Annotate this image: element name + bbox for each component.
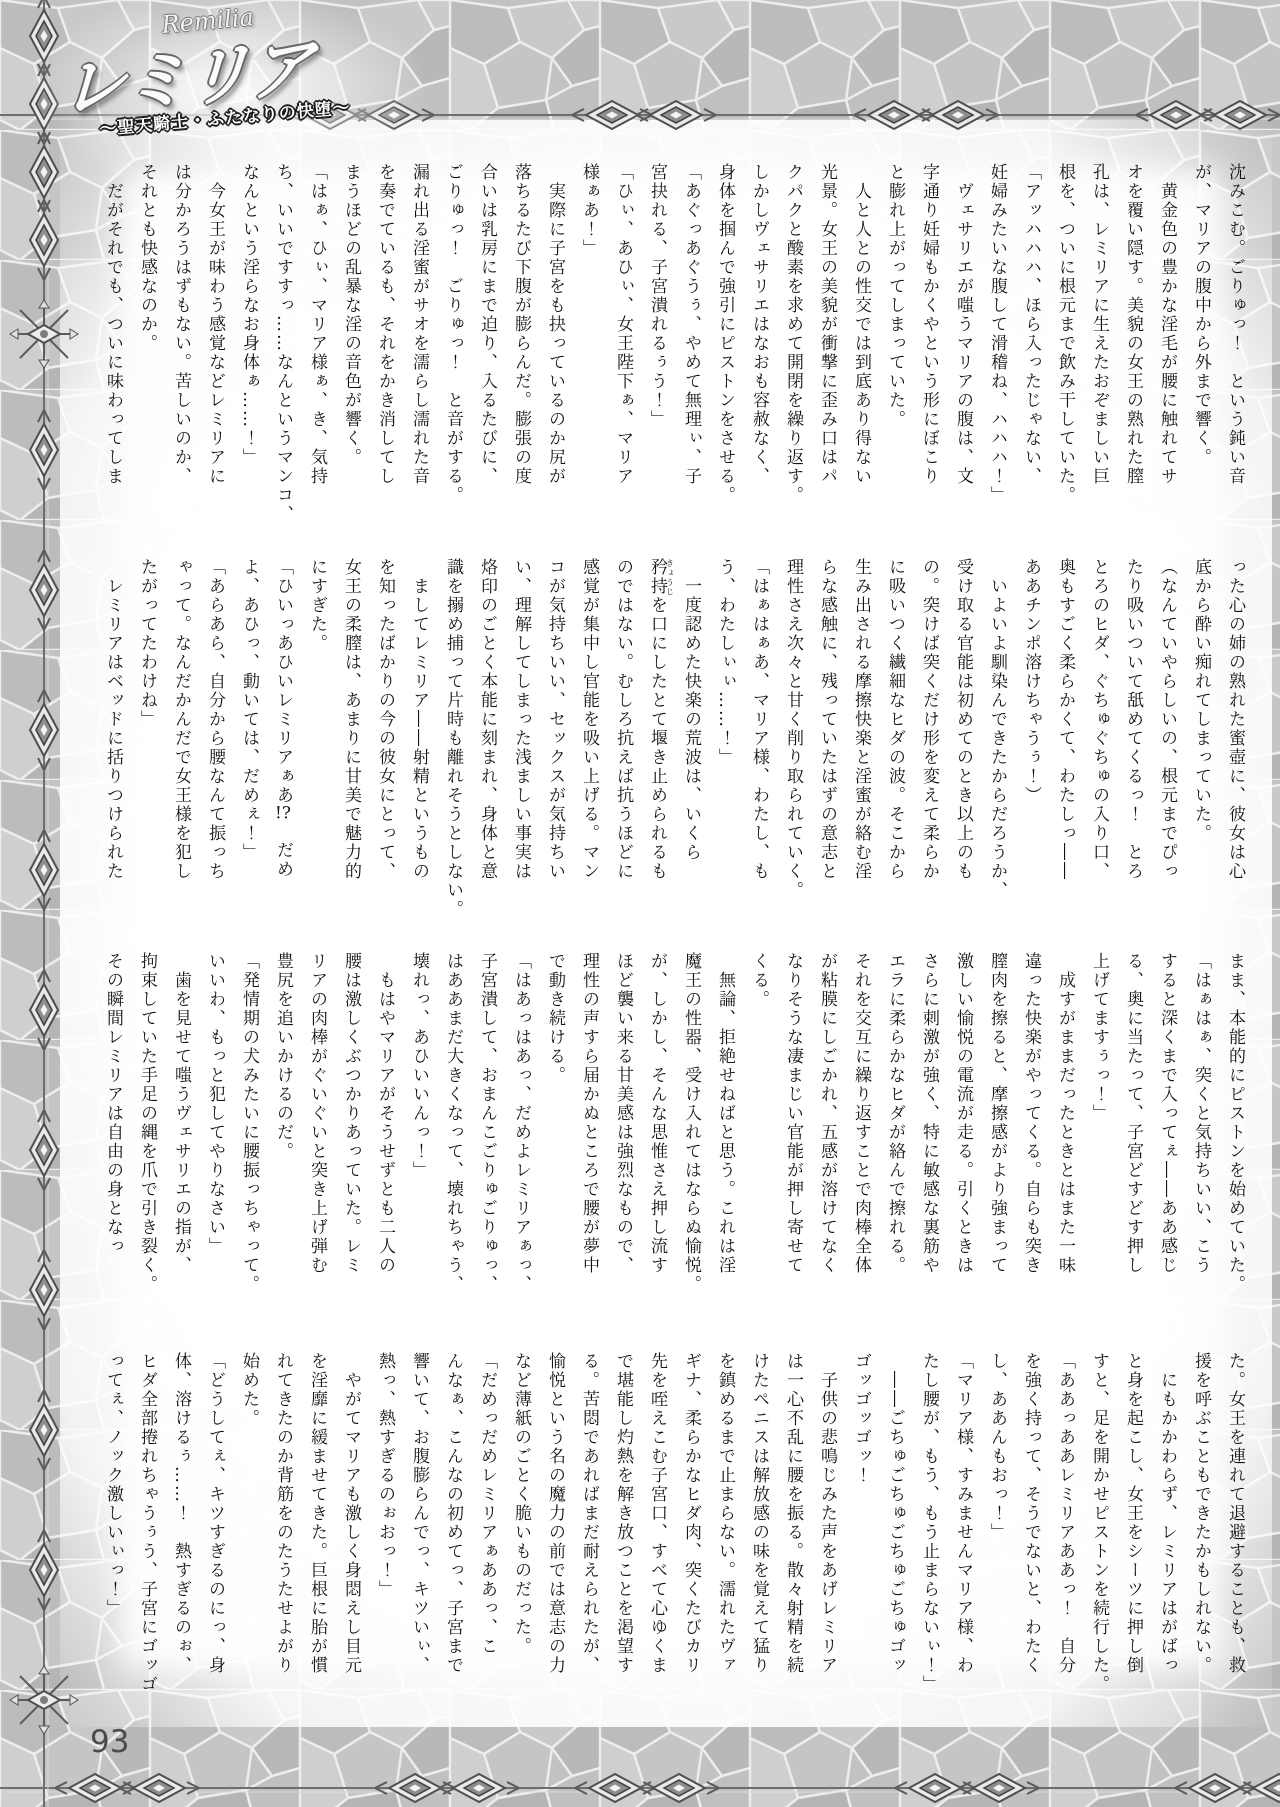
- text-column: たし腰が、もう、もう止まらないぃ！」: [912, 1352, 946, 1708]
- text-column: まうほどの乱暴な淫の音色が響く。: [334, 163, 368, 519]
- text-column: 妊婦みたいな腹して滑稽ね、ハハハ！」: [980, 163, 1014, 519]
- text-column: は分かろうはずもない。苦しいのか、: [164, 163, 198, 519]
- text-column: 光景。女王の美貌が衝撃に歪み口はパ: [810, 163, 844, 519]
- text-column: ギナ、柔らかなヒダ肉、突くたびカリ: [674, 1352, 708, 1708]
- text-band-4: た。女王を連れて退避することも、救援を呼ぶこともできたかもしれない。 にもかかわ…: [96, 1352, 1252, 1708]
- text-column: 「ひぃ、あひぃ、女王陛下ぁ、マリア: [606, 163, 640, 519]
- text-column: それとも快感なのか。: [130, 163, 164, 519]
- text-column: ああチンポ溶けちゃうぅ！）: [1014, 558, 1048, 914]
- text-column: いいわ、もっと犯してやりなさい」: [198, 952, 232, 1308]
- text-column: 「はぁ、ひぃ、マリア様ぁ、き、気持: [300, 163, 334, 519]
- text-column: 宮抉れる、子宮潰れるぅう！」: [640, 163, 674, 519]
- text-column: と身を起こし、女王をシーツに押し倒: [1116, 1352, 1150, 1708]
- text-column: 沈みこむ。ごりゅっ！ という鈍い音: [1218, 163, 1252, 519]
- text-column: 「はぁはぁあ、マリア様、わたし、も: [742, 558, 776, 914]
- text-column: で動き続ける。: [538, 952, 572, 1308]
- text-column: レミリアはベッドに括りつけられた: [96, 558, 130, 914]
- text-column: 矜持きょうじを口にしたとて堰き止められるも: [640, 558, 674, 914]
- text-column: たがってたわけね」: [130, 558, 164, 914]
- left-lace-border-icon: [4, 0, 86, 1807]
- text-column: が、マリアの腹中から外まで響く。: [1184, 163, 1218, 519]
- page-number: 93: [90, 1724, 129, 1760]
- text-column: 生み出される摩擦快楽と淫蜜が絡む淫: [844, 558, 878, 914]
- text-column: 子宮潰して、おまんこごりゅごりゅっ、: [470, 952, 504, 1308]
- text-column: んなぁ、こんなの初めてっ、子宮まで: [436, 1352, 470, 1708]
- text-column: の。突けば突くだけ形を変えて柔らか: [912, 558, 946, 914]
- text-column: はああまだ大きくなって、壊れちゃう、: [436, 952, 470, 1308]
- text-column: 豊尻を追いかけるのだ。: [266, 952, 300, 1308]
- text-column: 激しい愉悦の電流が走る。引くときは: [946, 952, 980, 1308]
- text-column: 「あらあら、自分から腰なんて振っち: [198, 558, 232, 914]
- text-column: ってぇ、ノック激しいぃっ！」: [96, 1352, 130, 1708]
- text-column: を強く持って、そうでないと、わたく: [1014, 1352, 1048, 1708]
- text-column: たり吸いついて舐めてくるっ！ とろ: [1116, 558, 1150, 914]
- novel-page: Remilia レミリア 〜聖天騎士・ふたなりの快堕〜 沈みこむ。ごりゅっ！ と…: [0, 0, 1280, 1807]
- text-column: 魔王の性器、受け入れてはならぬ愉悦。: [674, 952, 708, 1308]
- text-column: 黄金色の豊かな淫毛が腰に触れてサ: [1150, 163, 1184, 519]
- text-column: のではない。むしろ抗えば抗うほどに: [606, 558, 640, 914]
- text-column: くる。: [742, 952, 776, 1308]
- text-column: 「ああっああレミリアああっ！ 自分: [1048, 1352, 1082, 1708]
- text-column: は一心不乱に腰を振る。散々射精を続: [776, 1352, 810, 1708]
- text-column: ごりゅっ！ ごりゅっ！ と音がする。: [436, 163, 470, 519]
- text-column: が、しかし、そんな思惟さえ押し流す: [640, 952, 674, 1308]
- text-column: クパクと酸素を求めて開閉を繰り返す。: [776, 163, 810, 519]
- text-column: 無論、拒絶せねばと思う。これは淫: [708, 952, 742, 1308]
- text-column: 「はぁはぁ、突くと気持ちいい、こう: [1184, 952, 1218, 1308]
- text-column: コが気持ちいい、セックスが気持ちい: [538, 558, 572, 914]
- text-column: 「どうしてぇ、キツすぎるのにっ、身: [198, 1352, 232, 1708]
- text-column: だがそれでも、ついに味わってしま: [96, 163, 130, 519]
- text-column: すと、足を開かせピストンを続行した。: [1082, 1352, 1116, 1708]
- text-column: など薄紙のごとく脆いものだった。: [504, 1352, 538, 1708]
- text-column: 奥もすごく柔らかくて、わたしっ――: [1048, 558, 1082, 914]
- text-column: やがてマリアも激しく身悶えし目元: [334, 1352, 368, 1708]
- text-column: を知ったばかりの今の彼女にとって、: [368, 558, 402, 914]
- text-column: その瞬間レミリアは自由の身となっ: [96, 952, 130, 1308]
- text-column: にもかかわらず、レミリアはがばっ: [1150, 1352, 1184, 1708]
- text-column: 識を搦め捕って片時も離れそうとしない。: [436, 558, 470, 914]
- text-band-2: った心の姉の熟れた蜜壺に、彼女は心底から酔い痴れてしまっていた。（なんていやらし…: [96, 558, 1252, 914]
- text-band-3: まま、本能的にピストンを始めていた。「はぁはぁ、突くと気持ちいい、こうすると深く…: [96, 952, 1252, 1308]
- text-column: すると深くまで入ってぇ――ああ感じ: [1150, 952, 1184, 1308]
- text-column: 響いて、お腹膨らんでっ、キツいぃ、: [402, 1352, 436, 1708]
- text-column: 底から酔い痴れてしまっていた。: [1184, 558, 1218, 914]
- text-column: 今女王が味わう感覚などレミリアに: [198, 163, 232, 519]
- text-column: 「あぐっあぐうぅ、やめて無理ぃ、子: [674, 163, 708, 519]
- text-column: 女王の柔膣は、あまりに甘美で魅力的: [334, 558, 368, 914]
- text-column: し、ああんもおっ！」: [980, 1352, 1014, 1708]
- text-column: い、理解してしまった浅ましい事実は: [504, 558, 538, 914]
- text-column: ヒダ全部捲れちゃうぅう、子宮にゴッゴ: [130, 1352, 164, 1708]
- text-column: れてきたのか背筋をのたうたせよがり: [266, 1352, 300, 1708]
- text-column: にすぎた。: [300, 558, 334, 914]
- text-column: 実際に子宮をも抉っているのか尻が: [538, 163, 572, 519]
- text-column: 歯を見せて嗤うヴェサリエの指が、: [164, 952, 198, 1308]
- text-column: ましてレミリア――射精というもの: [402, 558, 436, 914]
- text-column: 根を、ついに根元まで飲み干していた。: [1048, 163, 1082, 519]
- text-column: らな感触に、残っていたはずの意志と: [810, 558, 844, 914]
- text-column: さらに刺激が強く、特に敏感な裏筋や: [912, 952, 946, 1308]
- text-column: エラに柔らかなヒダが絡んで擦れる。: [878, 952, 912, 1308]
- text-column: 「だめっだめレミリアぁああっ、こ: [470, 1352, 504, 1708]
- text-column: 合いは乳房にまで迫り、入るたびに、: [470, 163, 504, 519]
- text-column: ヴェサリエが嗤うマリアの腹は、文: [946, 163, 980, 519]
- text-column: リアの肉棒がぐいぐいと突き上げ弾む: [300, 952, 334, 1308]
- text-column: を鎮めるまで止まらない。濡れたヴァ: [708, 1352, 742, 1708]
- text-column: が粘膜にしごかれ、五感が溶けてなく: [810, 952, 844, 1308]
- text-column: に吸いつく繊細なヒダの波。そこから: [878, 558, 912, 914]
- text-column: とろのヒダ、ぐちゅぐちゅの入り口、: [1082, 558, 1116, 914]
- text-column: で堪能し灼熱を解き放つことを渇望す: [606, 1352, 640, 1708]
- text-column: 壊れっ、あひいいんっ！」: [402, 952, 436, 1308]
- text-column: 体、溶けるぅ……！ 熱すぎるのぉ、: [164, 1352, 198, 1708]
- text-column: と膨れ上がってしまっていた。: [878, 163, 912, 519]
- text-column: 受け取る官能は初めてのとき以上のも: [946, 558, 980, 914]
- text-column: よ、あひっ、動いては、だめぇ！」: [232, 558, 266, 914]
- text-column: 成すがままだったときとはまた一味: [1048, 952, 1082, 1308]
- text-column: 一度認めた快楽の荒波は、いくら: [674, 558, 708, 914]
- text-column: それを交互に繰り返すことで肉棒全体: [844, 952, 878, 1308]
- text-column: る、奥に当たって、子宮どすどす押し: [1116, 952, 1150, 1308]
- text-column: 人と人との性交では到底あり得ない: [844, 163, 878, 519]
- text-band-1: 沈みこむ。ごりゅっ！ という鈍い音が、マリアの腹中から外まで響く。 黄金色の豊か…: [96, 163, 1252, 519]
- text-column: なりそうな凄まじい官能が押し寄せて: [776, 952, 810, 1308]
- text-column: まま、本能的にピストンを始めていた。: [1218, 952, 1252, 1308]
- text-column: （なんていやらしいの、根元までぴっ: [1150, 558, 1184, 914]
- text-column: た。女王を連れて退避することも、救: [1218, 1352, 1252, 1708]
- text-column: 落ちるたび下腹が膨らんだ。膨張の度: [504, 163, 538, 519]
- text-column: った心の姉の熟れた蜜壺に、彼女は心: [1218, 558, 1252, 914]
- text-column: ――ごちゅごちゅごちゅごちゅゴッ: [878, 1352, 912, 1708]
- text-column: なんという淫らなお身体ぁ……！」: [232, 163, 266, 519]
- text-column: 字通り妊婦もかくやという形にぼこり: [912, 163, 946, 519]
- text-column: ち、いいですすっ……なんというマンコ、: [266, 163, 300, 519]
- text-column: 漏れ出る淫蜜がサオを濡らし濡れた音: [402, 163, 436, 519]
- text-column: 愉悦という名の魔力の前では意志の力: [538, 1352, 572, 1708]
- text-column: 身体を掴んで強引にピストンをさせる。: [708, 163, 742, 519]
- text-column: いよいよ馴染んできたからだろうか、: [980, 558, 1014, 914]
- text-column: ゃって。なんだかんだで女王様を犯し: [164, 558, 198, 914]
- text-column: 様ぁあ！」: [572, 163, 606, 519]
- text-column: 「アッハハハ、ほら入ったじゃない、: [1014, 163, 1048, 519]
- text-column: 違った快楽がやってくる。自らも突き: [1014, 952, 1048, 1308]
- text-column: 上げてますぅっ！」: [1082, 952, 1116, 1308]
- text-column: 「マリア様、すみませんマリア様、わ: [946, 1352, 980, 1708]
- text-column: 「はあっはあっ、だめよレミリアぁっ、: [504, 952, 538, 1308]
- text-column: けたペニスは解放感の味を覚えて猛り: [742, 1352, 776, 1708]
- text-column: 膣肉を擦ると、摩擦感がより強まって: [980, 952, 1014, 1308]
- text-column: 始めた。: [232, 1352, 266, 1708]
- text-column: 「発情期の犬みたいに腰振っちゃって。: [232, 952, 266, 1308]
- text-column: を奏でているも、それをかき消してし: [368, 163, 402, 519]
- text-column: 理性の声すら届かぬところで腰が夢中: [572, 952, 606, 1308]
- text-column: を淫靡に緩ませてきた。巨根に胎が慣: [300, 1352, 334, 1708]
- text-column: ゴッゴッゴッ！: [844, 1352, 878, 1708]
- bottom-lace-border-icon: [0, 1768, 1280, 1807]
- text-column: 拘束していた手足の縄を爪で引き裂く。: [130, 952, 164, 1308]
- text-column: 孔は、レミリアに生えたおぞましい巨: [1082, 163, 1116, 519]
- text-column: 「ひいっあひいレミリアぁあ!? だめ: [266, 558, 300, 914]
- text-column: しかしヴェサリエはなおも容赦なく、: [742, 163, 776, 519]
- text-column: 熱っ、熱すぎるのぉおっ！」: [368, 1352, 402, 1708]
- text-column: 感覚が集中し官能を吸い上げる。マン: [572, 558, 606, 914]
- text-column: 腰は激しくぶつかりあっていた。レミ: [334, 952, 368, 1308]
- text-column: う、わたしぃぃ……！」: [708, 558, 742, 914]
- text-column: 先を咥えこむ子宮口、すべて心ゆくま: [640, 1352, 674, 1708]
- text-column: 子供の悲鳴じみた声をあげレミリア: [810, 1352, 844, 1708]
- text-column: オを覆い隠す。美貌の女王の熟れた膣: [1116, 163, 1150, 519]
- text-column: る。苦悶であればまだ耐えられたが、: [572, 1352, 606, 1708]
- text-column: 理性さえ次々と甘く削り取られていく。: [776, 558, 810, 914]
- text-column: 援を呼ぶこともできたかもしれない。: [1184, 1352, 1218, 1708]
- text-column: 烙印のごとく本能に刻まれ、身体と意: [470, 558, 504, 914]
- text-column: もはやマリアがそうせずとも二人の: [368, 952, 402, 1308]
- text-column: ほど襲い来る甘美感は強烈なもので、: [606, 952, 640, 1308]
